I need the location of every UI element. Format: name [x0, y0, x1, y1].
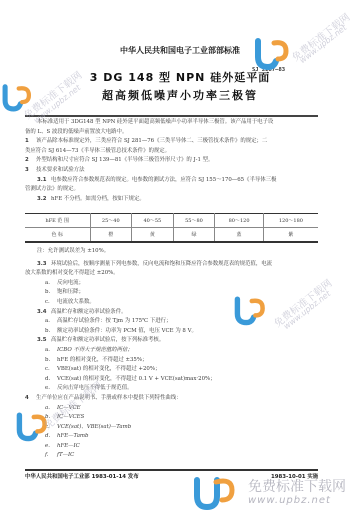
table-cell: 黄 [132, 228, 174, 242]
section-number: 3.2 [37, 195, 51, 205]
document-page: 中华人民共和国电子工业部部标准 3 DG 148 型 NPN 硅外延平面 SJ … [0, 0, 360, 514]
item-marker: f. [45, 451, 57, 461]
section-text: 生产单位应在产品说明书、手册或样本中提供下列特性曲线： [36, 395, 182, 401]
item-marker: b. [45, 288, 57, 298]
list-item: f.fT—IC [25, 451, 320, 461]
intro-paragraph: 本标准适用于 3DG148 型 NPN 硅外延平面超高频低噪声小功率半导体三极管… [25, 118, 320, 128]
item-text: 饱和压降； [57, 289, 84, 295]
table-cell: 橙 [90, 228, 132, 242]
list-item: e.反向击穿电压不得低于规范值。 [25, 384, 320, 394]
watermark-logo-icon [192, 474, 236, 512]
header-divider [25, 115, 318, 117]
section-text: 外型结构和尺寸应符合 SJ 139—81《半导体三极管外形尺寸》的 J-1 型。 [36, 157, 213, 163]
section-number: 3.3 [37, 260, 51, 270]
item-text: ICBO 不得大于规范值的两倍； [57, 347, 133, 353]
section-2: 2外型结构和尺寸应符合 SJ 139—81《半导体三极管外形尺寸》的 J-1 型… [25, 156, 320, 166]
section-3-1-cont: 管测试方法》的规定。 [25, 185, 320, 195]
section-text: 该产品除本标准规定外，三类应符合 SJ 281—76《三类半导体二、三极管技术条… [36, 138, 267, 144]
section-3: 3技术要求和试验方法 [25, 166, 320, 176]
section-text: 电参数应符合参数规范表的规定。电参数的测试方法，应符合 SJ 155～170—6… [51, 177, 276, 183]
section-3-3-cont: 放大系数的相对变化不得超过 ±20%。 [25, 269, 320, 279]
item-marker: c. [45, 298, 57, 308]
table-cell: 紫 [263, 228, 318, 242]
section-text: 技术要求和试验方法 [36, 167, 85, 173]
intro-paragraph-cont: 备的 L、S 波段的低噪声前置放大电路中。 [25, 128, 320, 138]
table-header-cell: 色 标 [25, 228, 90, 242]
list-item: a.反向电流； [25, 279, 320, 289]
list-item: c.电流放大系数。 [25, 298, 320, 308]
list-item: a.ICBO 不得大于规范值的两倍； [25, 346, 320, 356]
body-upper: 本标准适用于 3DG148 型 NPN 硅外延平面超高频低噪声小功率半导体三极管… [25, 118, 320, 204]
item-text: fT—IC [57, 452, 74, 458]
section-3-1: 3.1电参数应符合参数规范表的规定。电参数的测试方法，应符合 SJ 155～17… [25, 176, 320, 186]
section-text: hFE 不分档。如需分档，按如下规定。 [51, 196, 145, 202]
list-item: d.hFE—Tamb [25, 432, 320, 442]
section-3-2: 3.2hFE 不分档。如需分档，按如下规定。 [25, 195, 320, 205]
item-text: hFE 的相对变化，不得超过 ±35%； [57, 357, 147, 363]
section-number: 3 [25, 166, 36, 176]
item-marker: a. [45, 346, 57, 356]
section-1-cont: 类应符合 SJ 614—73《半导体三极管总技术条件》的规定。 [25, 147, 320, 157]
list-item: c.VBE(sat) 的相对变化，不得超过 +20%； [25, 365, 320, 375]
item-marker: b. [45, 327, 57, 337]
watermark-brand-url: www.upbz.net [248, 495, 331, 506]
item-text: 额定功率试验条件：功率为 PCM 值，电压 VCE 为 8 V。 [57, 328, 197, 334]
table-cell: 25～40 [90, 214, 132, 228]
item-text: VCE(sat) 的相对变化，不得超过 0.1 V + VCE(sat)max·… [57, 376, 216, 382]
section-text: 环境试验后，按顺序测量下列电参数，反向电流和饱和压降应符合参数规范表的规范值，电… [51, 261, 272, 267]
section-text: 高温贮存和额定功率试验条件。 [51, 309, 126, 315]
section-number: 4 [25, 394, 36, 404]
table-cell: 绿 [173, 228, 215, 242]
footer-divider [25, 469, 318, 471]
item-text: hFE—IC [57, 443, 80, 449]
item-marker: c. [45, 365, 57, 375]
item-marker: a. [45, 317, 57, 327]
item-text: 反向电流； [57, 280, 84, 286]
table-row: hFE 范 围 25～40 40～55 55～80 80～120 120～180 [25, 214, 318, 228]
section-text: 高温贮存和额定功率试验后，按下列标准考核。 [51, 337, 164, 343]
table-note: 注：允许测试误差为 ±10%。 [25, 247, 320, 257]
watermark-logo-icon [252, 33, 292, 73]
table-row: 色 标 橙 黄 绿 蓝 紫 [25, 228, 318, 242]
body-lower: 注：允许测试误差为 ±10%。 3.3环境试验后，按顺序测量下列电参数，反向电流… [25, 247, 320, 461]
item-marker: b. [45, 356, 57, 366]
table-cell: 120～180 [263, 214, 318, 228]
table-cell: 40～55 [132, 214, 174, 228]
item-text: hFE—Tamb [57, 433, 89, 439]
section-number: 1 [25, 137, 36, 147]
section-3-5: 3.5高温贮存和额定功率试验后，按下列标准考核。 [25, 336, 320, 346]
section-3-3: 3.3环境试验后，按顺序测量下列电参数，反向电流和饱和压降应符合参数规范表的规范… [25, 260, 320, 270]
item-text: 电流放大系数。 [57, 299, 95, 305]
table-header-cell: hFE 范 围 [25, 214, 90, 228]
item-marker: d. [45, 375, 57, 385]
watermark-brand-name: 免费标准下载网 [248, 476, 346, 496]
list-item: b.hFE 的相对变化，不得超过 ±35%； [25, 356, 320, 366]
item-text: VCE(sat)、VBE(sat)—Tamb [57, 424, 131, 430]
item-marker: e. [45, 384, 57, 394]
issued-date: 中华人民共和国电子工业部 1983-01-14 发布 [25, 472, 139, 480]
list-item: d.VCE(sat) 的相对变化，不得超过 0.1 V + VCE(sat)ma… [25, 375, 320, 385]
list-item: c.VCE(sat)、VBE(sat)—Tamb [25, 423, 320, 433]
list-item: e.hFE—IC [25, 442, 320, 452]
hfe-color-code-table: hFE 范 围 25～40 40～55 55～80 80～120 120～180… [25, 213, 318, 243]
section-number: 3.5 [37, 336, 51, 346]
table-cell: 80～120 [215, 214, 264, 228]
list-item: b.饱和压降； [25, 288, 320, 298]
table-cell: 55～80 [173, 214, 215, 228]
section-number: 3.1 [37, 176, 51, 186]
list-item: b.额定功率试验条件：功率为 PCM 值，电压 VCE 为 8 V。 [25, 327, 320, 337]
item-marker: a. [45, 279, 57, 289]
watermark-logo-icon [232, 292, 268, 328]
section-1: 1该产品除本标准规定外，三类应符合 SJ 281—76《三类半导体二、三极管技术… [25, 137, 320, 147]
section-number: 3.4 [37, 308, 51, 318]
section-number: 2 [25, 156, 36, 166]
table-cell: 蓝 [215, 228, 264, 242]
item-text: VBE(sat) 的相对变化，不得超过 +20%； [57, 366, 160, 372]
item-text: 高温贮存试验条件：按 Tjm 为 175℃ 下进行； [57, 318, 171, 324]
